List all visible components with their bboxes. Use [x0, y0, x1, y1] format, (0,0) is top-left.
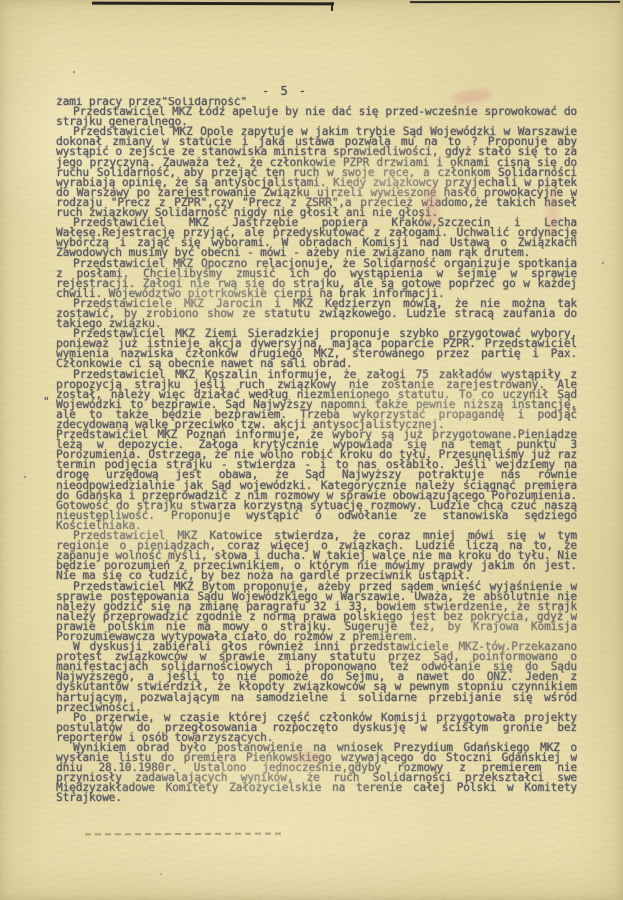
page-number: - 5 - — [262, 84, 322, 98]
paper-speck — [24, 476, 26, 478]
paragraph: Przedstawiciel MKZ Poznań informuje, że … — [56, 430, 577, 531]
document-body: żami pracy przez"Solidarność"Przedstawic… — [56, 97, 577, 842]
scan-edge-line-left — [92, 2, 334, 6]
paragraph: Przedstawiciel MKZ Ziemi Sieradzkiej pro… — [56, 329, 577, 369]
paper-speck — [73, 71, 75, 73]
paragraph: Przedstawiciel MKZ Opoczno relacjonuje, … — [56, 259, 577, 299]
paragraph: Po przerwie, w czasie której część człon… — [56, 713, 577, 743]
scan-edge-tick — [331, 2, 333, 11]
paragraph: Przedstawiciel MKZ Opole zapytuje w jaki… — [56, 127, 577, 218]
paragraph: W dyskusji zabierali głos również inni p… — [56, 642, 577, 713]
paragraph: Przedstawiciel MKZ Bytom proponuje, ażeb… — [56, 582, 577, 643]
paragraph: Przedstawiciele MKZ Jarocin i MKZ Kędzie… — [56, 299, 577, 329]
paragraph: Przedstawiciel MKZ Koszalin informuje, ż… — [56, 370, 577, 431]
paper-speck — [602, 262, 604, 264]
scanned-document-page: - 5 - żami pracy przez"Solidarność"Przed… — [0, 0, 623, 900]
paragraph: Przedstawiciel MKZ Katowice stwierdza, ż… — [56, 531, 577, 581]
scan-edge-line-right — [410, 1, 620, 3]
paper-speck — [160, 873, 162, 875]
paragraph: Wynikiem obrad było postanowienie na wni… — [56, 743, 577, 804]
paragraph: Przedstawiciel MKZ Jastrzębie popiera Kr… — [56, 218, 577, 258]
paper-speck — [497, 565, 500, 567]
margin-typo-mark: " — [43, 395, 50, 408]
